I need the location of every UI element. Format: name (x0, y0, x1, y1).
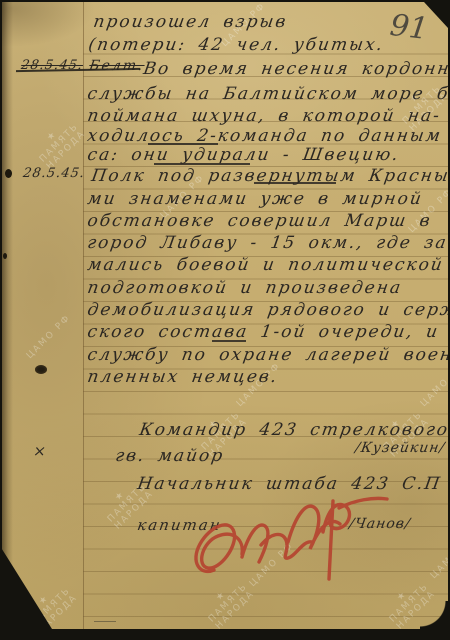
entry-line: (потери: 42 чел. убитых. (87, 35, 386, 55)
punch-hole (35, 365, 47, 374)
page-corner-bottom-right (420, 601, 448, 629)
entry-line: поймана шхуна, в которой на- (86, 106, 443, 126)
chief-of-staff-title: Начальник штаба 423 С.П (136, 474, 443, 494)
entry-line: мались боевой и политической (86, 255, 445, 275)
commander-signature: /Кузейкин/ (354, 440, 446, 456)
margin-rule (83, 2, 84, 629)
star-icon: ★ (37, 593, 51, 607)
margin-date: 28.5.45. (22, 166, 86, 181)
chief-rank: капитан (136, 516, 223, 534)
watermark-pamyat-naroda: ★ПАМЯТЬНАРОДА (23, 578, 80, 635)
page-number: 91 (388, 8, 430, 47)
entry-line: службы на Балтийском море была (86, 84, 450, 104)
commander-rank: гв. майор (114, 446, 226, 466)
entry-line: службу по охране лагерей военно- (86, 345, 450, 365)
watermark-pamyat-naroda: ★ПАМЯТЬНАРОДА (31, 114, 88, 171)
struck-word: Белт. (88, 58, 146, 74)
entry-line: обстановке совершил Марш в (86, 211, 433, 231)
entry-line: ми знаменами уже в мирной (86, 189, 424, 209)
underline-ordinal (212, 340, 246, 342)
page-left-edge-shadow (2, 2, 13, 629)
entry-line: ходилось 2-команда по данным опро- (86, 126, 450, 146)
entry-line: город Либаву - 15 окм., где зани- (86, 233, 450, 253)
underline-shkhuna (148, 143, 218, 145)
entry-line: произошел взрыв (92, 12, 289, 32)
commander-title: Командир 423 стрелкового п- (138, 420, 450, 440)
scanned-document: ЦАМО РФ★ПАМЯТЬНАРОДА★ПАМЯТЬНАРОДАЦАМО РФ… (0, 0, 450, 640)
document-page: ЦАМО РФ★ПАМЯТЬНАРОДА★ПАМЯТЬНАРОДАЦАМО РФ… (2, 2, 448, 629)
underline-komanda (154, 163, 250, 165)
entry-line: ского состава 1-ой очереди, и несли (86, 322, 450, 342)
watermark-camo: ЦАМО РФ (25, 313, 73, 361)
star-icon: ★ (45, 129, 59, 143)
entry-line: Во время несения кордонной (142, 59, 450, 79)
ink-spot (5, 169, 12, 178)
underline-sweden (254, 182, 336, 184)
pencil-dash (94, 621, 116, 622)
chief-signature: /Чанов/ (348, 516, 412, 532)
entry-line: пленных немцев. (86, 367, 280, 387)
entry-line: демобилизация рядового и сержан- (86, 300, 450, 320)
entry-line: са: они удирали - Швецию. (86, 145, 401, 165)
margin-x-mark: × (32, 442, 49, 460)
entry-line: подготовкой и произведена (86, 278, 404, 298)
paper-speck (3, 253, 7, 259)
